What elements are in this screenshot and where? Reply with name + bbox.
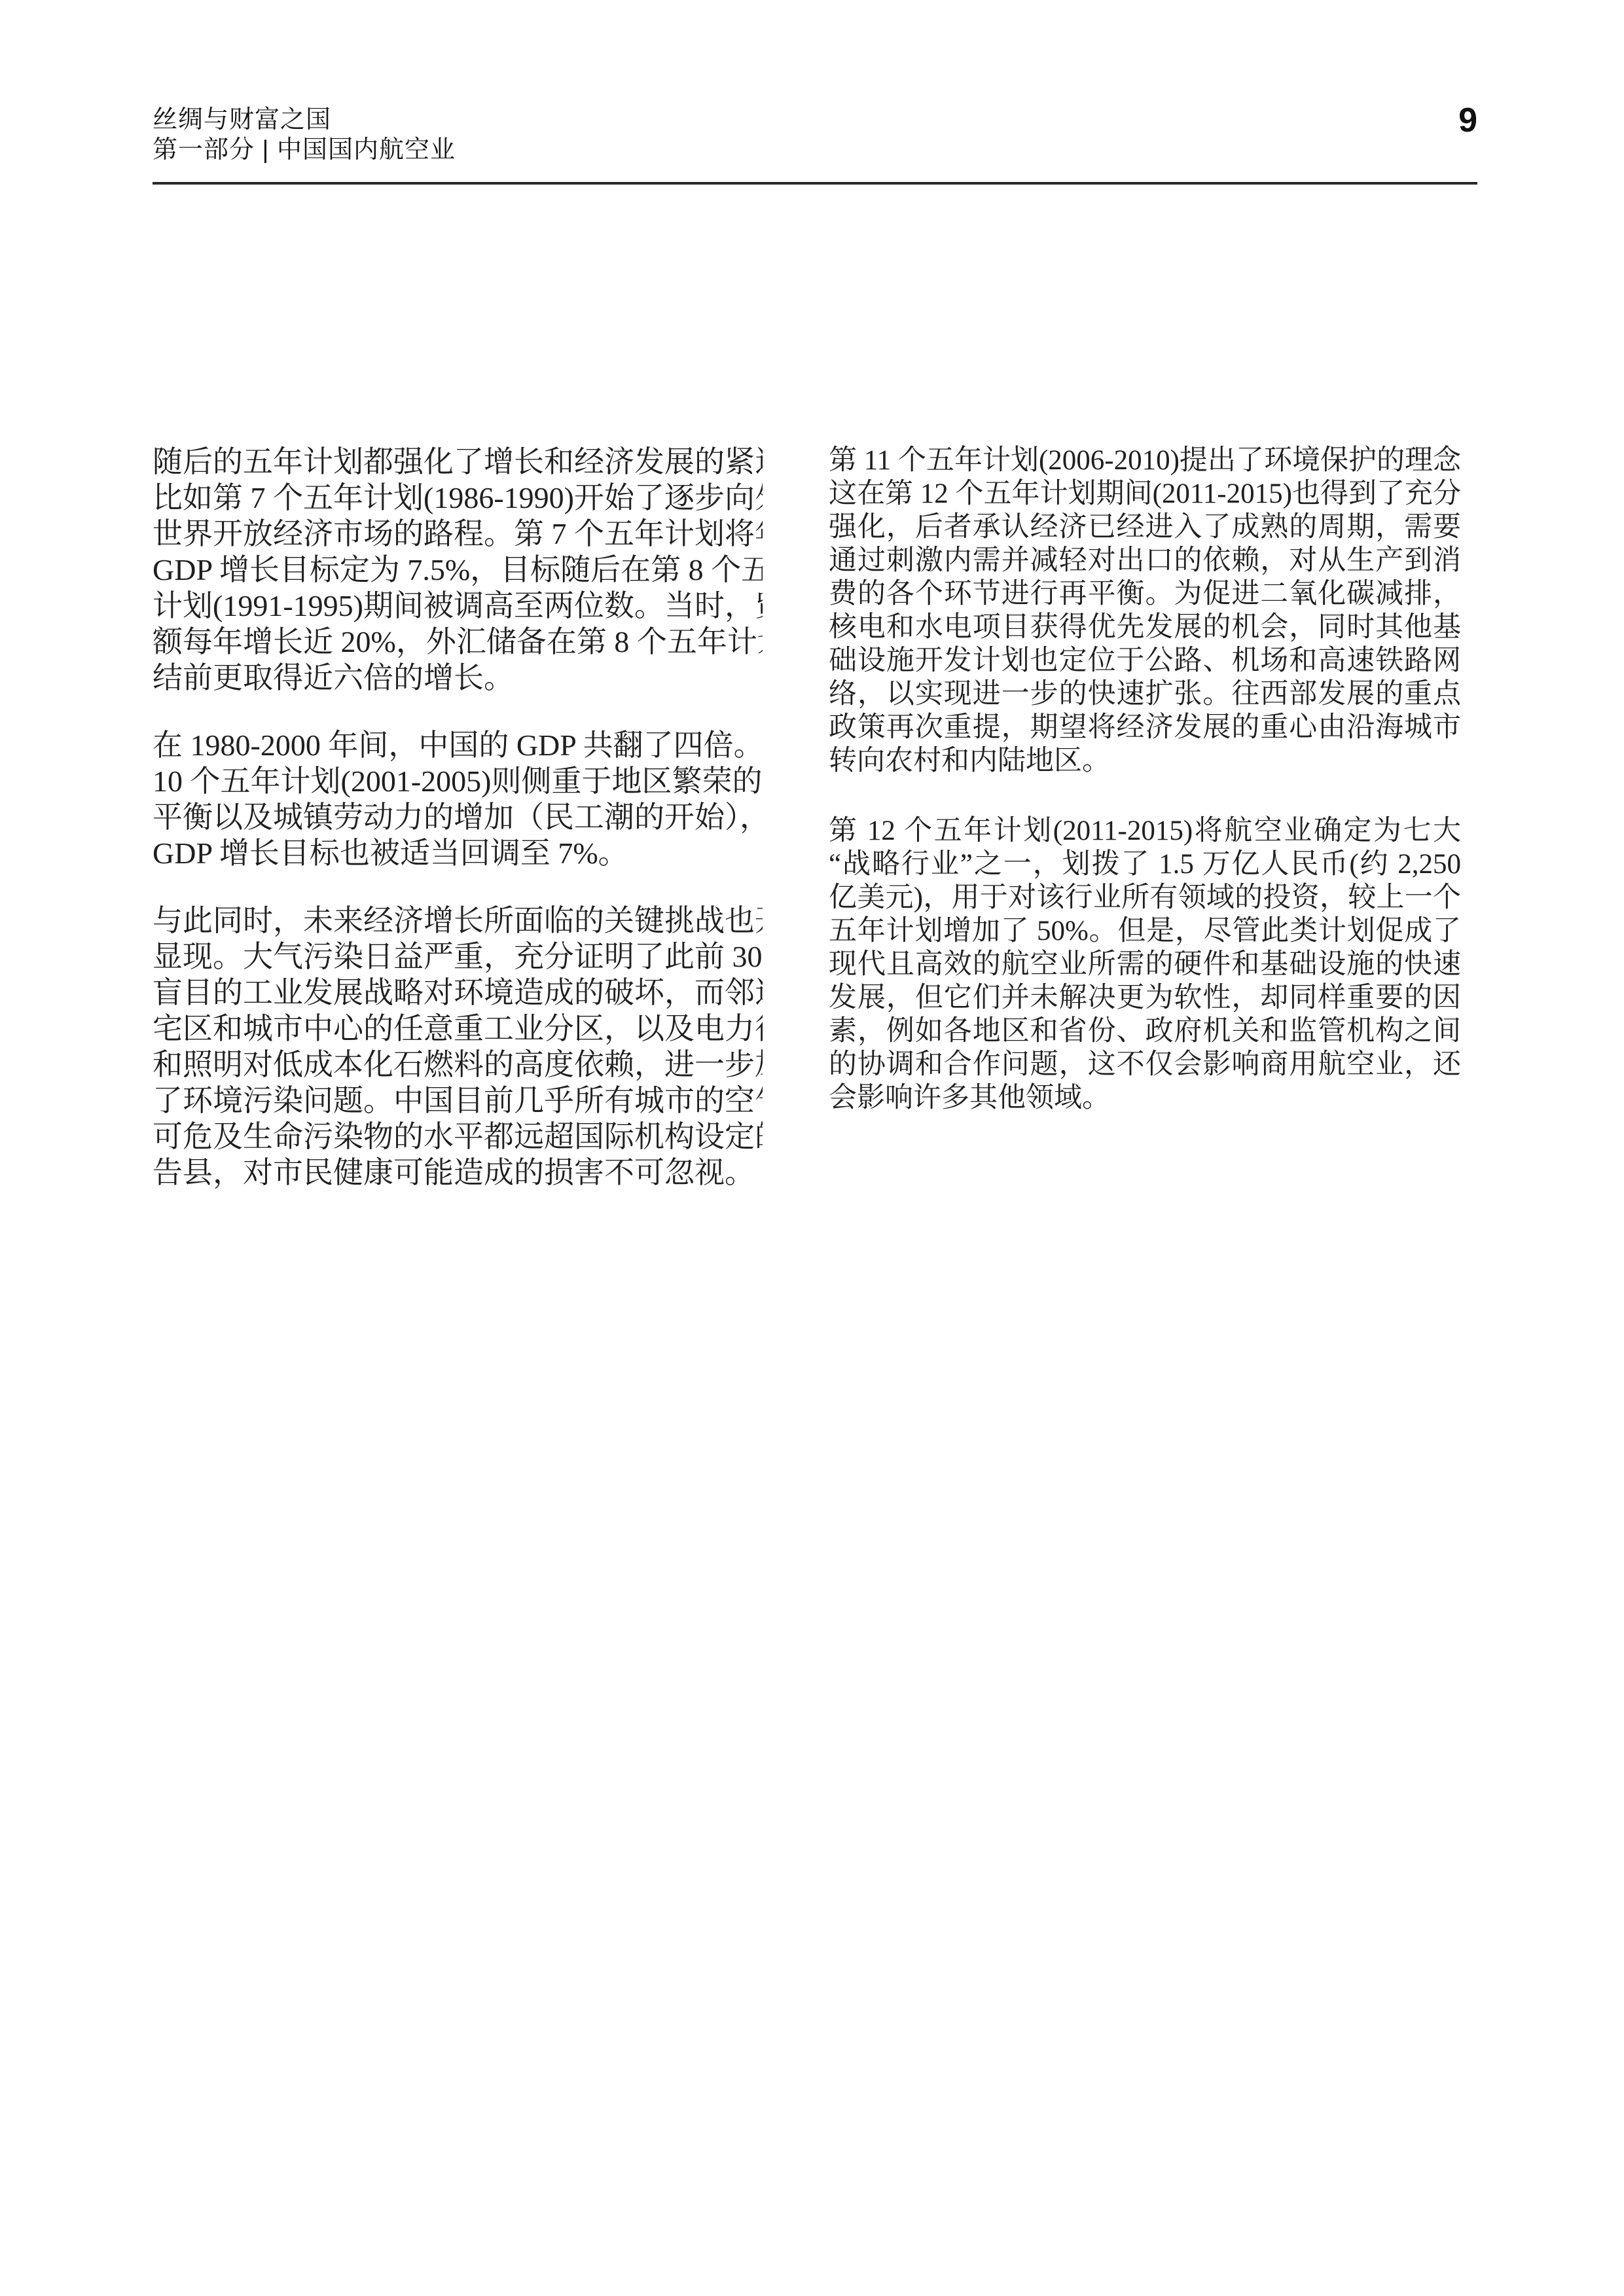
- text-line: 10 个五年计划(2001-2005)则侧重于地区繁荣的再: [153, 763, 763, 799]
- text-line: GDP 增长目标定为 7.5%，目标随后在第 8 个五年: [153, 552, 763, 588]
- text-line: 计划(1991-1995)期间被调高至两位数。当时，贸易: [153, 588, 763, 624]
- text-line: 宅区和城市中心的任意重工业分区，以及电力行业: [153, 1011, 763, 1047]
- text-line: 素，例如各地区和省份、政府机关和监管机构之间: [829, 1014, 1461, 1048]
- paragraph: 随后的五年计划都强化了增长和经济发展的紧迫性，比如第 7 个五年计划(1986-…: [153, 444, 763, 696]
- text-line: 的协调和合作问题，这不仅会影响商用航空业，还: [829, 1048, 1461, 1081]
- book-title: 丝绸与财富之国: [153, 105, 456, 135]
- text-line: 核电和水电项目获得优先发展的机会，同时其他基: [829, 611, 1461, 644]
- text-line: “战略行业”之一，划拨了 1.5 万亿人民币(约 2,250: [829, 848, 1461, 881]
- section-title: 第一部分 | 中国国内航空业: [153, 135, 456, 165]
- text-line: 政策再次重提，期望将经济发展的重心由沿海城市: [829, 711, 1461, 744]
- text-line: 础设施开发计划也定位于公路、机场和高速铁路网: [829, 644, 1461, 677]
- text-line: 和照明对低成本化石燃料的高度依赖，进一步加剧: [153, 1047, 763, 1083]
- text-line: 额每年增长近 20%，外汇储备在第 8 个五年计划完: [153, 624, 763, 660]
- text-line: 转向农村和内陆地区。: [829, 744, 1461, 778]
- document-page: 丝绸与财富之国 第一部分 | 中国国内航空业 9 随后的五年计划都强化了增长和经…: [0, 0, 1624, 2296]
- text-line: 在 1980-2000 年间，中国的 GDP 共翻了四倍。第: [153, 727, 763, 763]
- text-line: 比如第 7 个五年计划(1986-1990)开始了逐步向外部: [153, 480, 763, 516]
- text-line: 会影响许多其他领域。: [829, 1081, 1461, 1115]
- text-line: 世界开放经济市场的路程。第 7 个五年计划将年度: [153, 516, 763, 552]
- text-line: 络，以实现进一步的快速扩张。往西部发展的重点: [829, 677, 1461, 711]
- right-column: 第 11 个五年计划(2006-2010)提出了环境保护的理念这在第 12 个五…: [829, 444, 1461, 1151]
- text-line: 这在第 12 个五年计划期间(2011-2015)也得到了充分: [829, 477, 1461, 511]
- text-line: 通过刺激内需并减轻对出口的依赖，对从生产到消: [829, 544, 1461, 577]
- text-line: 五年计划增加了 50%。但是，尽管此类计划促成了: [829, 914, 1461, 948]
- text-line: 结前更取得近六倍的增长。: [153, 660, 763, 696]
- text-line: 随后的五年计划都强化了增长和经济发展的紧迫性，: [153, 444, 763, 480]
- text-line: 可危及生命污染物的水平都远超国际机构设定的警: [153, 1119, 763, 1155]
- header-divider: [153, 182, 1477, 185]
- paragraph: 在 1980-2000 年间，中国的 GDP 共翻了四倍。第10 个五年计划(2…: [153, 727, 763, 871]
- text-line: 第 12 个五年计划(2011-2015)将航空业确定为七大: [829, 814, 1461, 848]
- text-line: 了环境污染问题。中国目前几乎所有城市的空气中: [153, 1083, 763, 1119]
- text-line: 强化，后者承认经济已经进入了成熟的周期，需要: [829, 511, 1461, 544]
- text-line: 亿美元)，用于对该行业所有领域的投资，较上一个: [829, 881, 1461, 914]
- text-line: 盲目的工业发展战略对环境造成的破坏，而邻近住: [153, 975, 763, 1011]
- left-column: 随后的五年计划都强化了增长和经济发展的紧迫性，比如第 7 个五年计划(1986-…: [153, 444, 763, 1222]
- text-line: 第 11 个五年计划(2006-2010)提出了环境保护的理念: [829, 444, 1461, 477]
- page-number: 9: [1458, 103, 1477, 137]
- paragraph: 第 12 个五年计划(2011-2015)将航空业确定为七大“战略行业”之一，划…: [829, 814, 1461, 1115]
- running-header: 丝绸与财富之国 第一部分 | 中国国内航空业: [153, 105, 456, 165]
- text-line: 显现。大气污染日益严重，充分证明了此前 30 年: [153, 939, 763, 975]
- paragraph: 第 11 个五年计划(2006-2010)提出了环境保护的理念这在第 12 个五…: [829, 444, 1461, 778]
- paragraph: 与此同时，未来经济增长所面临的关键挑战也开始显现。大气污染日益严重，充分证明了此…: [153, 903, 763, 1191]
- text-line: 平衡以及城镇劳动力的增加（民工潮的开始），而: [153, 799, 763, 835]
- text-line: 现代且高效的航空业所需的硬件和基础设施的快速: [829, 948, 1461, 981]
- text-line: 费的各个环节进行再平衡。为促进二氧化碳减排，: [829, 577, 1461, 611]
- text-line: 与此同时，未来经济增长所面临的关键挑战也开始: [153, 903, 763, 939]
- text-line: 发展，但它们并未解决更为软性，却同样重要的因: [829, 981, 1461, 1014]
- text-line: 告县，对市民健康可能造成的损害不可忽视。: [153, 1155, 763, 1191]
- text-line: GDP 增长目标也被适当回调至 7%。: [153, 835, 763, 871]
